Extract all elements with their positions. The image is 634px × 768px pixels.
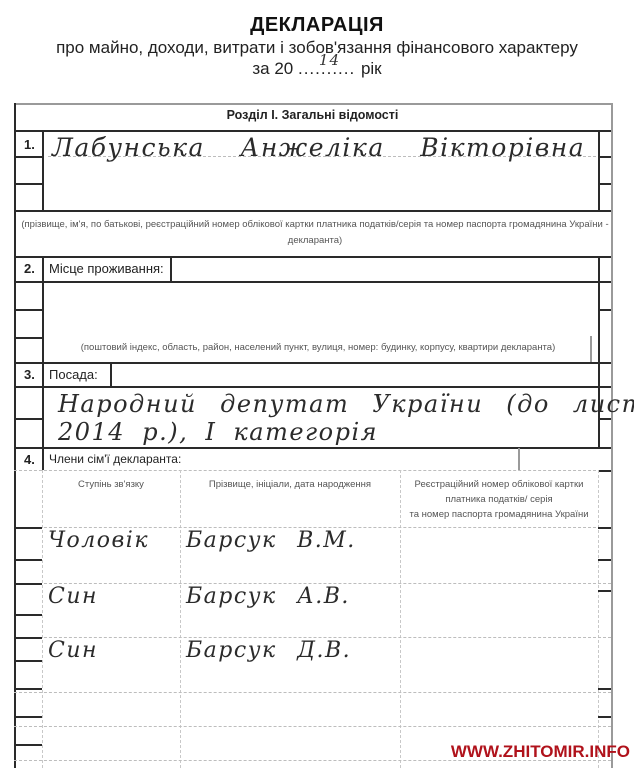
divider [14, 183, 42, 185]
item2-number: 2. [24, 261, 35, 276]
divider [14, 337, 42, 339]
divider [14, 156, 42, 158]
year-field: .......... 14 [298, 59, 361, 78]
position-field-line1[interactable]: Народний депутат України (до листопада [58, 390, 634, 418]
year-handwritten: 14 [319, 51, 340, 69]
divider [14, 309, 42, 311]
divider [42, 256, 44, 362]
divider [14, 256, 611, 258]
item2-caption: (поштовий індекс, область, район, населе… [48, 342, 588, 353]
divider [590, 336, 592, 362]
frame-right [611, 103, 613, 768]
address-field[interactable] [48, 282, 588, 332]
document-subtitle: про майно, доходи, витрати і зобов'язанн… [0, 38, 634, 58]
item1-caption: (прізвище, ім'я, по батькові, реєстрацій… [20, 219, 610, 230]
divider [598, 156, 611, 158]
divider [598, 688, 611, 690]
item4-number: 4. [24, 452, 35, 467]
reporting-year-line: за 20 .......... 14 рік [0, 59, 634, 79]
divider [518, 448, 520, 470]
year-prefix: за 20 [252, 59, 293, 78]
family-name-field[interactable]: Барсук Д.В. [186, 638, 351, 663]
table-col-line [180, 470, 181, 768]
divider [14, 386, 611, 388]
col-header-id-line1: Реєстраційний номер облікової картки [400, 477, 598, 492]
divider [42, 130, 44, 210]
divider [598, 470, 611, 472]
divider [598, 130, 600, 210]
divider [14, 527, 42, 529]
family-name-field[interactable]: Барсук А.В. [186, 584, 350, 609]
divider [170, 256, 172, 281]
divider [42, 362, 44, 470]
divider [14, 130, 611, 132]
section-title: Розділ І. Загальні відомості [14, 108, 611, 122]
divider [598, 183, 611, 185]
divider [598, 590, 611, 592]
divider [14, 637, 42, 639]
item4-label: Члени сім'ї декларанта: [49, 452, 181, 466]
declarant-name-field[interactable]: Лабунська Анжеліка Вікторівна [52, 133, 585, 162]
year-suffix: рік [361, 59, 382, 78]
table-top [14, 470, 611, 471]
divider [598, 716, 611, 718]
table-row-line [14, 726, 611, 727]
table-col-line [42, 470, 43, 768]
col-header-name: Прізвище, ініціали, дата народження [180, 477, 400, 492]
divider [14, 660, 42, 662]
table-row-line [14, 692, 611, 693]
document-title: ДЕКЛАРАЦІЯ [0, 14, 634, 37]
divider [14, 614, 42, 616]
relation-field[interactable]: Чоловік [48, 528, 149, 553]
divider [14, 716, 42, 718]
frame-left [14, 103, 16, 768]
relation-field[interactable]: Син [48, 638, 98, 663]
divider [14, 688, 42, 690]
divider [110, 362, 112, 386]
site-watermark: WWW.ZHITOMIR.INFO [451, 742, 630, 762]
item3-number: 3. [24, 367, 35, 382]
relation-field[interactable]: Син [48, 584, 98, 609]
table-col-line [598, 470, 599, 768]
col-header-id-line2: платника податків/ серія [400, 492, 598, 507]
divider [598, 309, 611, 311]
frame-top [14, 103, 611, 105]
divider [598, 527, 611, 529]
col-header-id: Реєстраційний номер облікової картки пла… [400, 477, 598, 522]
item3-label: Посада: [49, 367, 98, 382]
item1-number: 1. [24, 137, 35, 152]
divider [14, 210, 611, 212]
item2-label: Місце проживання: [49, 261, 164, 276]
col-header-relation: Ступінь зв'язку [42, 477, 180, 492]
divider [598, 559, 611, 561]
col-header-id-line3: та номер паспорта громадянина України [400, 507, 598, 522]
divider [14, 418, 42, 420]
family-name-field[interactable]: Барсук В.М. [186, 528, 356, 553]
position-field-line2[interactable]: 2014 р.), I категорія [58, 418, 378, 446]
divider [598, 418, 611, 420]
divider [14, 559, 42, 561]
item1-caption-cont: декларанта) [20, 235, 610, 246]
divider [14, 362, 611, 364]
divider [14, 447, 611, 449]
divider [14, 583, 42, 585]
divider [14, 744, 42, 746]
